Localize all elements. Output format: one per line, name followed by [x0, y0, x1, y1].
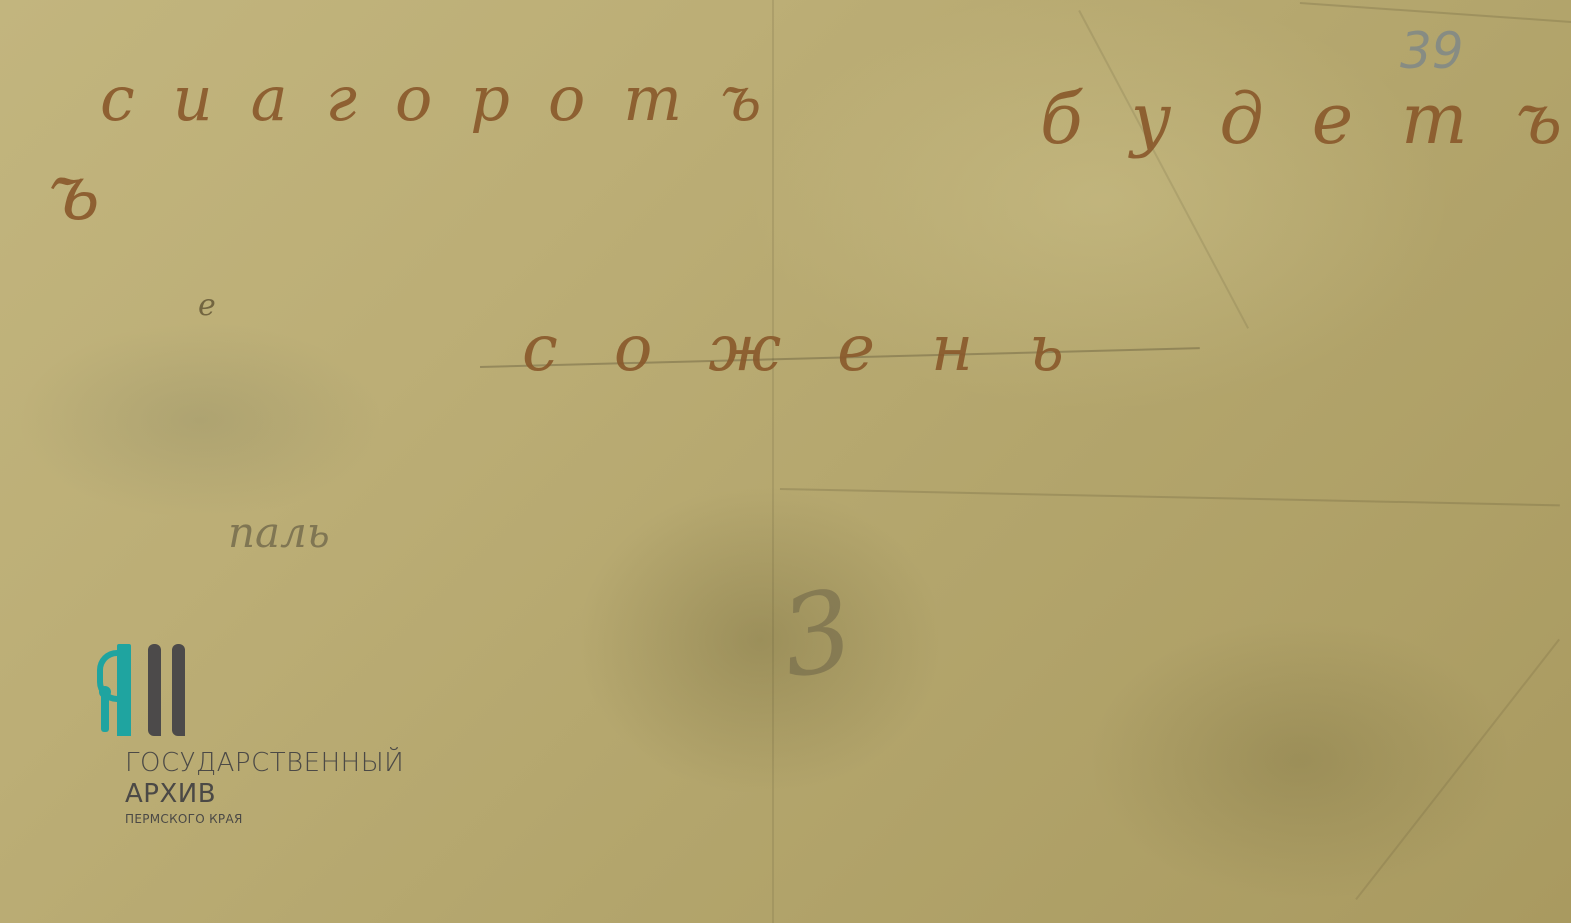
- pencil-folio-number: 39: [1400, 22, 1464, 80]
- archive-name-line3: ПЕРМСКОГО КРАЯ: [125, 812, 404, 826]
- faint-scrawl: паль: [228, 508, 330, 557]
- archive-emblem-icon: [95, 640, 190, 740]
- archive-logo: ГОСУДАРСТВЕННЫЙ АРХИВ ПЕРМСКОГО КРАЯ: [95, 640, 190, 740]
- handwriting-line4: сожень: [522, 312, 1120, 386]
- archive-name-line1: ГОСУДАРСТВЕННЫЙ: [125, 748, 404, 778]
- handwriting-line2-initial: ъ: [48, 148, 138, 238]
- handwriting-line1-right: будетъ: [1040, 78, 1571, 160]
- archive-name: ГОСУДАРСТВЕННЫЙ АРХИВ ПЕРМСКОГО КРАЯ: [125, 748, 404, 826]
- fold-crease-vertical: [772, 0, 774, 923]
- handwriting-line1-left: сиагоротъ: [100, 62, 799, 135]
- archive-name-line2: АРХИВ: [125, 778, 404, 810]
- handwriting-small-mark: е: [198, 288, 216, 323]
